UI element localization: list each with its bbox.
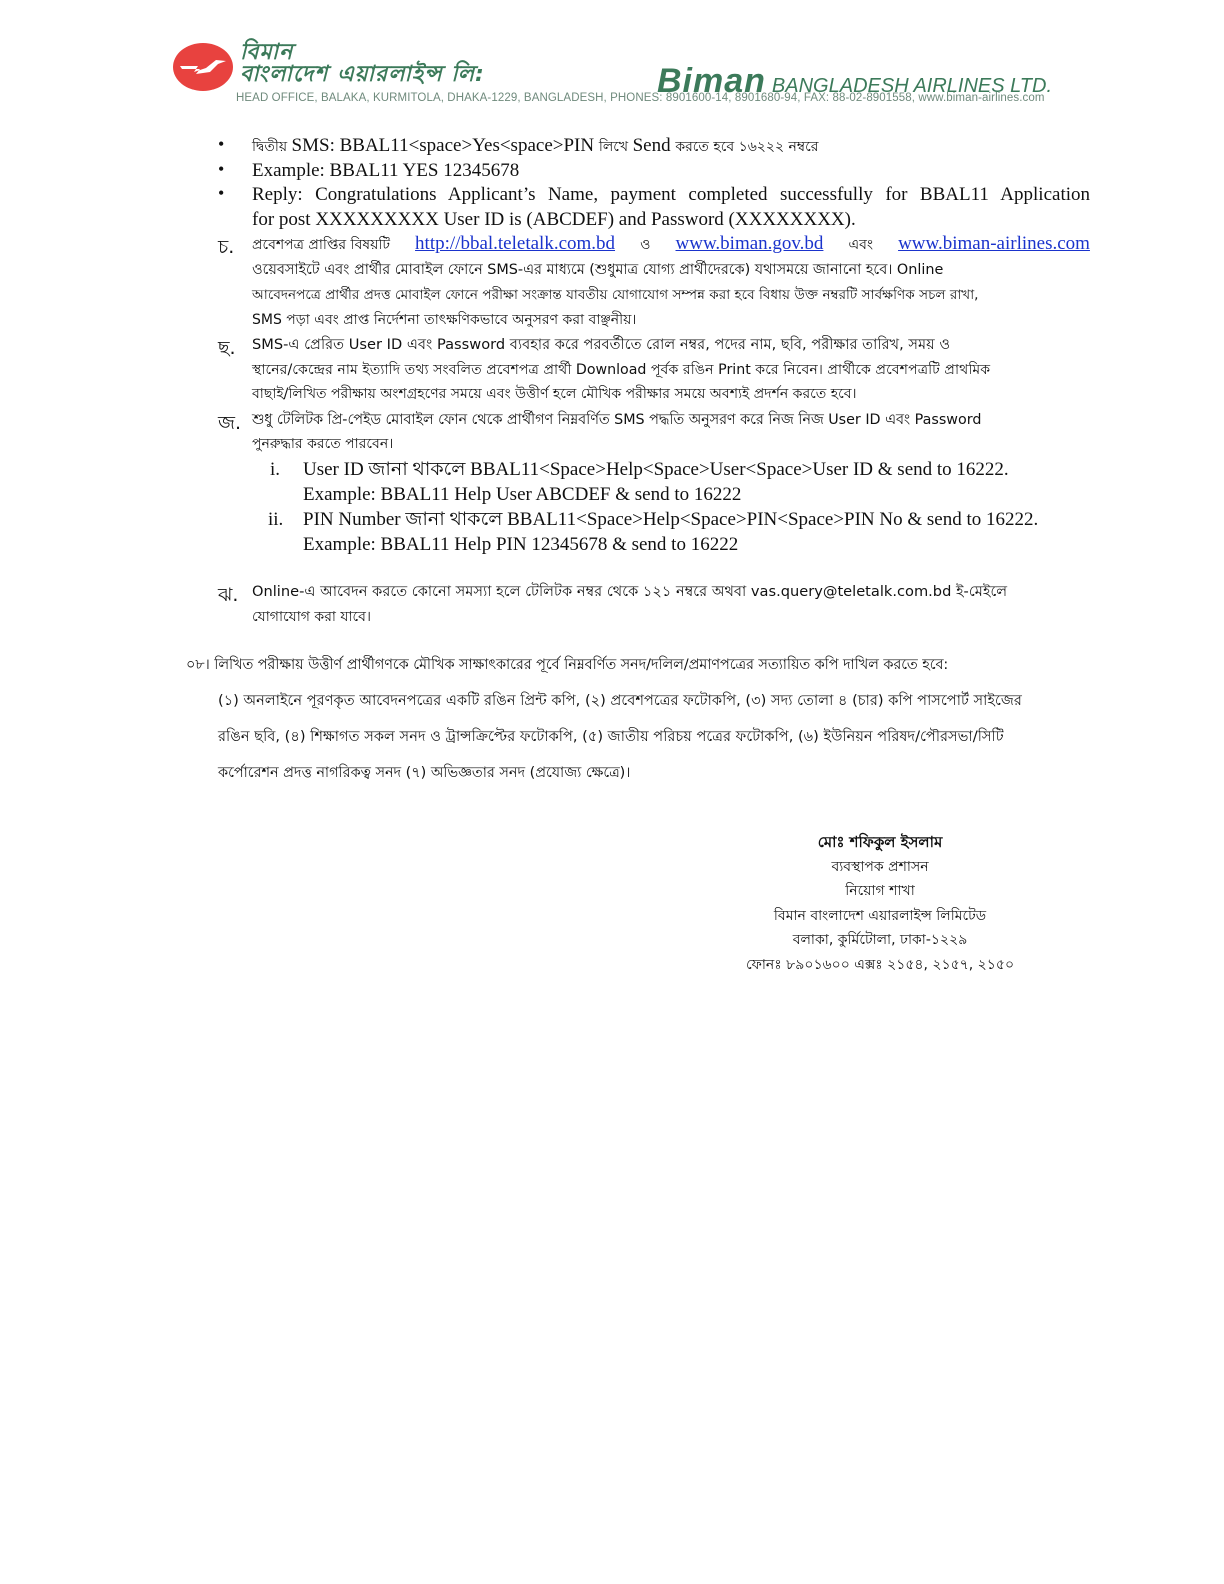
item-ja-line1: শুধু টেলিটক প্রি-পেইড মোবাইল ফোন থেকে প্…: [252, 408, 981, 432]
biman-gov-link[interactable]: www.biman.gov.bd: [676, 232, 824, 256]
bullet-reply-line1: Reply: Congratulations Applicant’s Name,…: [252, 183, 1090, 207]
company-name-bn-line2: বাংলাদেশ এয়ারলাইন্স লি:: [240, 64, 485, 86]
item-jha-line2: যোগাযোগ করা যাবে।: [252, 605, 371, 629]
letterhead: বিমান বাংলাদেশ এয়ারলাইন্স লি: BimanBANG…: [170, 38, 1090, 110]
item-marker-ja: জ.: [218, 411, 241, 435]
biman-bird-logo-icon: [172, 42, 234, 92]
subitem-marker-ii: ii.: [268, 508, 283, 532]
bullet-example: Example: BBAL11 YES 12345678: [252, 159, 519, 183]
item-chha-line1: SMS-এ প্রেরিত User ID এবং Password ব্যবহ…: [252, 333, 950, 357]
item-marker-jha: ঝ.: [218, 583, 238, 607]
bullet-icon: •: [218, 159, 224, 180]
bullet-reply-line2: for post XXXXXXXXX User ID is (ABCDEF) a…: [252, 208, 856, 232]
section-04-line2: রঙিন ছবি, (৪) শিক্ষাগত সকল সনদ ও ট্রান্স…: [218, 725, 1004, 749]
signature-block: মোঃ শফিকুল ইসলাম ব্যবস্থাপক প্রশাসন নিয়…: [720, 830, 1040, 977]
item-chha-line3: বাছাই/লিখিত পরীক্ষায় অংশগ্রহণের সময়ে এ…: [252, 382, 857, 406]
item-cha-line1: প্রবেশপত্র প্রাপ্তির বিষয়টি http://bbal…: [252, 232, 1090, 257]
item-cha-line4: SMS পড়া এবং প্রাপ্ত নির্দেশনা তাৎক্ষণিক…: [252, 308, 636, 332]
section-04-line3: কর্পোরেশন প্রদত্ত নাগরিকত্ব সনদ (৭) অভিজ…: [218, 761, 630, 785]
signatory-name: মোঃ শফিকুল ইসলাম: [720, 830, 1040, 855]
signatory-phone: ফোনঃ ৮৯০১৬০০ এক্সঃ ২১৫৪, ২১৫৭, ২১৫০: [720, 953, 1040, 978]
item-ja-line2: পুনরুদ্ধার করতে পারবেন।: [252, 432, 393, 456]
bullet-icon: •: [218, 183, 224, 204]
head-office-address: HEAD OFFICE, BALAKA, KURMITOLA, DHAKA-12…: [236, 92, 1045, 104]
biman-airlines-link[interactable]: www.biman-airlines.com: [898, 232, 1090, 256]
subitem-i-line1: User ID জানা থাকলে BBAL11<Space>Help<Spa…: [303, 458, 1009, 482]
item-marker-cha: চ.: [218, 235, 234, 259]
teletalk-link[interactable]: http://bbal.teletalk.com.bd: [415, 232, 615, 256]
section-04-heading: ০৮। লিখিত পরীক্ষায় উত্তীর্ণ প্রার্থীগণক…: [186, 653, 948, 677]
item-jha-line1: Online-এ আবেদন করতে কোনো সমস্যা হলে টেলি…: [252, 580, 1007, 604]
signatory-designation: ব্যবস্থাপক প্রশাসন: [720, 855, 1040, 880]
bullet-icon: •: [218, 134, 224, 155]
item-cha-line2: ওয়েবসাইটে এবং প্রার্থীর মোবাইল ফোনে SMS…: [252, 258, 943, 282]
subitem-ii-line1: PIN Number জানা থাকলে BBAL11<Space>Help<…: [303, 508, 1038, 532]
subitem-marker-i: i.: [270, 458, 280, 482]
item-chha-line2: স্থানের/কেন্দ্রের নাম ইত্যাদি তথ্য সংবলি…: [252, 358, 990, 382]
subitem-ii-line2: Example: BBAL11 Help PIN 12345678 & send…: [303, 533, 738, 557]
bullet-second-sms: দ্বিতীয় SMS: BBAL11<space>Yes<space>PIN…: [252, 134, 819, 159]
section-04-line1: (১) অনলাইনে পূরণকৃত আবেদনপত্রের একটি রঙি…: [218, 689, 1022, 713]
subitem-i-line2: Example: BBAL11 Help User ABCDEF & send …: [303, 483, 741, 507]
signatory-organization: বিমান বাংলাদেশ এয়ারলাইন্স লিমিটেড: [720, 904, 1040, 929]
item-cha-line3: আবেদনপত্রে প্রার্থীর প্রদত্ত মোবাইল ফোনে…: [252, 283, 978, 307]
company-name-bengali: বিমান বাংলাদেশ এয়ারলাইন্স লি:: [240, 42, 485, 86]
signatory-department: নিয়োগ শাখা: [720, 879, 1040, 904]
signatory-address: বলাকা, কুর্মিটোলা, ঢাকা-১২২৯: [720, 928, 1040, 953]
item-marker-chha: ছ.: [218, 336, 236, 360]
